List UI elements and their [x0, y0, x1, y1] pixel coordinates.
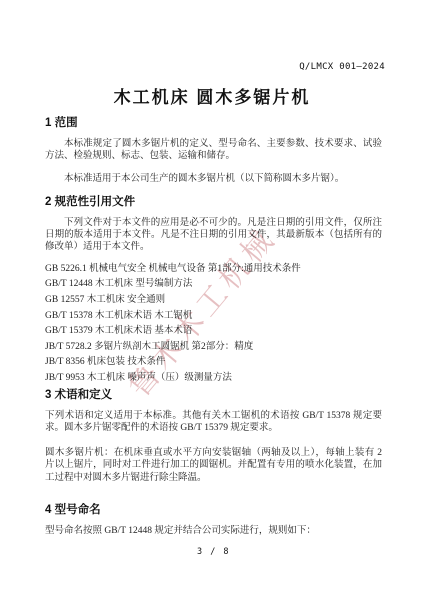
- reference-item: GB/T 12448 木工机床 型号编制方法: [45, 277, 382, 293]
- paragraph-terms-2: 圆木多锯片机：在机床垂直或水平方向安装锯轴（两轴及以上），每轴上装有 2 片以上…: [45, 447, 382, 484]
- paragraph-scope-1: 本标准规定了圆木多锯片机的定义、型号命名、主要参数、技术要求、试验方法、检验规则…: [45, 138, 382, 163]
- reference-item: GB/T 15378 木工机床术语 木工锯机: [45, 309, 382, 325]
- reference-item: JB/T 9953 木工机床 噪声声（压）级测量方法: [45, 371, 382, 387]
- paragraph-scope-2: 本标准适用于本公司生产的圆木多锯片机（以下简称圆木多片锯）。: [45, 173, 382, 185]
- document-title: 木工机床 圆木多锯片机: [0, 83, 424, 108]
- paragraph-model-designation: 型号命名按照 GB/T 12448 规定并结合公司实际进行，规则如下：: [45, 525, 382, 537]
- reference-item: JB/T 8356 机床包装 技术条件: [45, 355, 382, 371]
- reference-item: JB/T 5728.2 多锯片纵剖木工圆锯机 第2部分：精度: [45, 340, 382, 356]
- paragraph-normative-references-intro: 下列文件对于本文件的应用是必不可少的。凡是注日期的引用文件，仅所注日期的版本适用…: [45, 217, 382, 254]
- page-number: 3 / 8: [45, 547, 382, 557]
- section-heading-model-designation: 4 型号命名: [45, 504, 382, 517]
- reference-list: GB 5226.1 机械电气安全 机械电气设备 第1部分:通用技术条件 GB/T…: [45, 262, 382, 387]
- section-heading-terms-definitions: 3 术语和定义: [45, 389, 382, 402]
- section-heading-normative-references: 2 规范性引用文件: [45, 196, 382, 209]
- section-heading-scope: 1 范围: [45, 117, 382, 130]
- terms-block: 下列术语和定义适用于本标准。其他有关木工锯机的术语按 GB/T 15378 规定…: [45, 410, 382, 484]
- document-body: 1 范围 本标准规定了圆木多锯片机的定义、型号命名、主要参数、技术要求、试验方法…: [45, 117, 382, 557]
- reference-item: GB/T 15379 木工机床术语 基本术语: [45, 324, 382, 340]
- doc-number: Q/LMCX 001—2024: [299, 62, 385, 72]
- reference-item: GB 12557 木工机床 安全通则: [45, 293, 382, 309]
- reference-item: GB 5226.1 机械电气安全 机械电气设备 第1部分:通用技术条件: [45, 262, 382, 278]
- paragraph-terms-1: 下列术语和定义适用于本标准。其他有关木工锯机的术语按 GB/T 15378 规定…: [45, 410, 382, 435]
